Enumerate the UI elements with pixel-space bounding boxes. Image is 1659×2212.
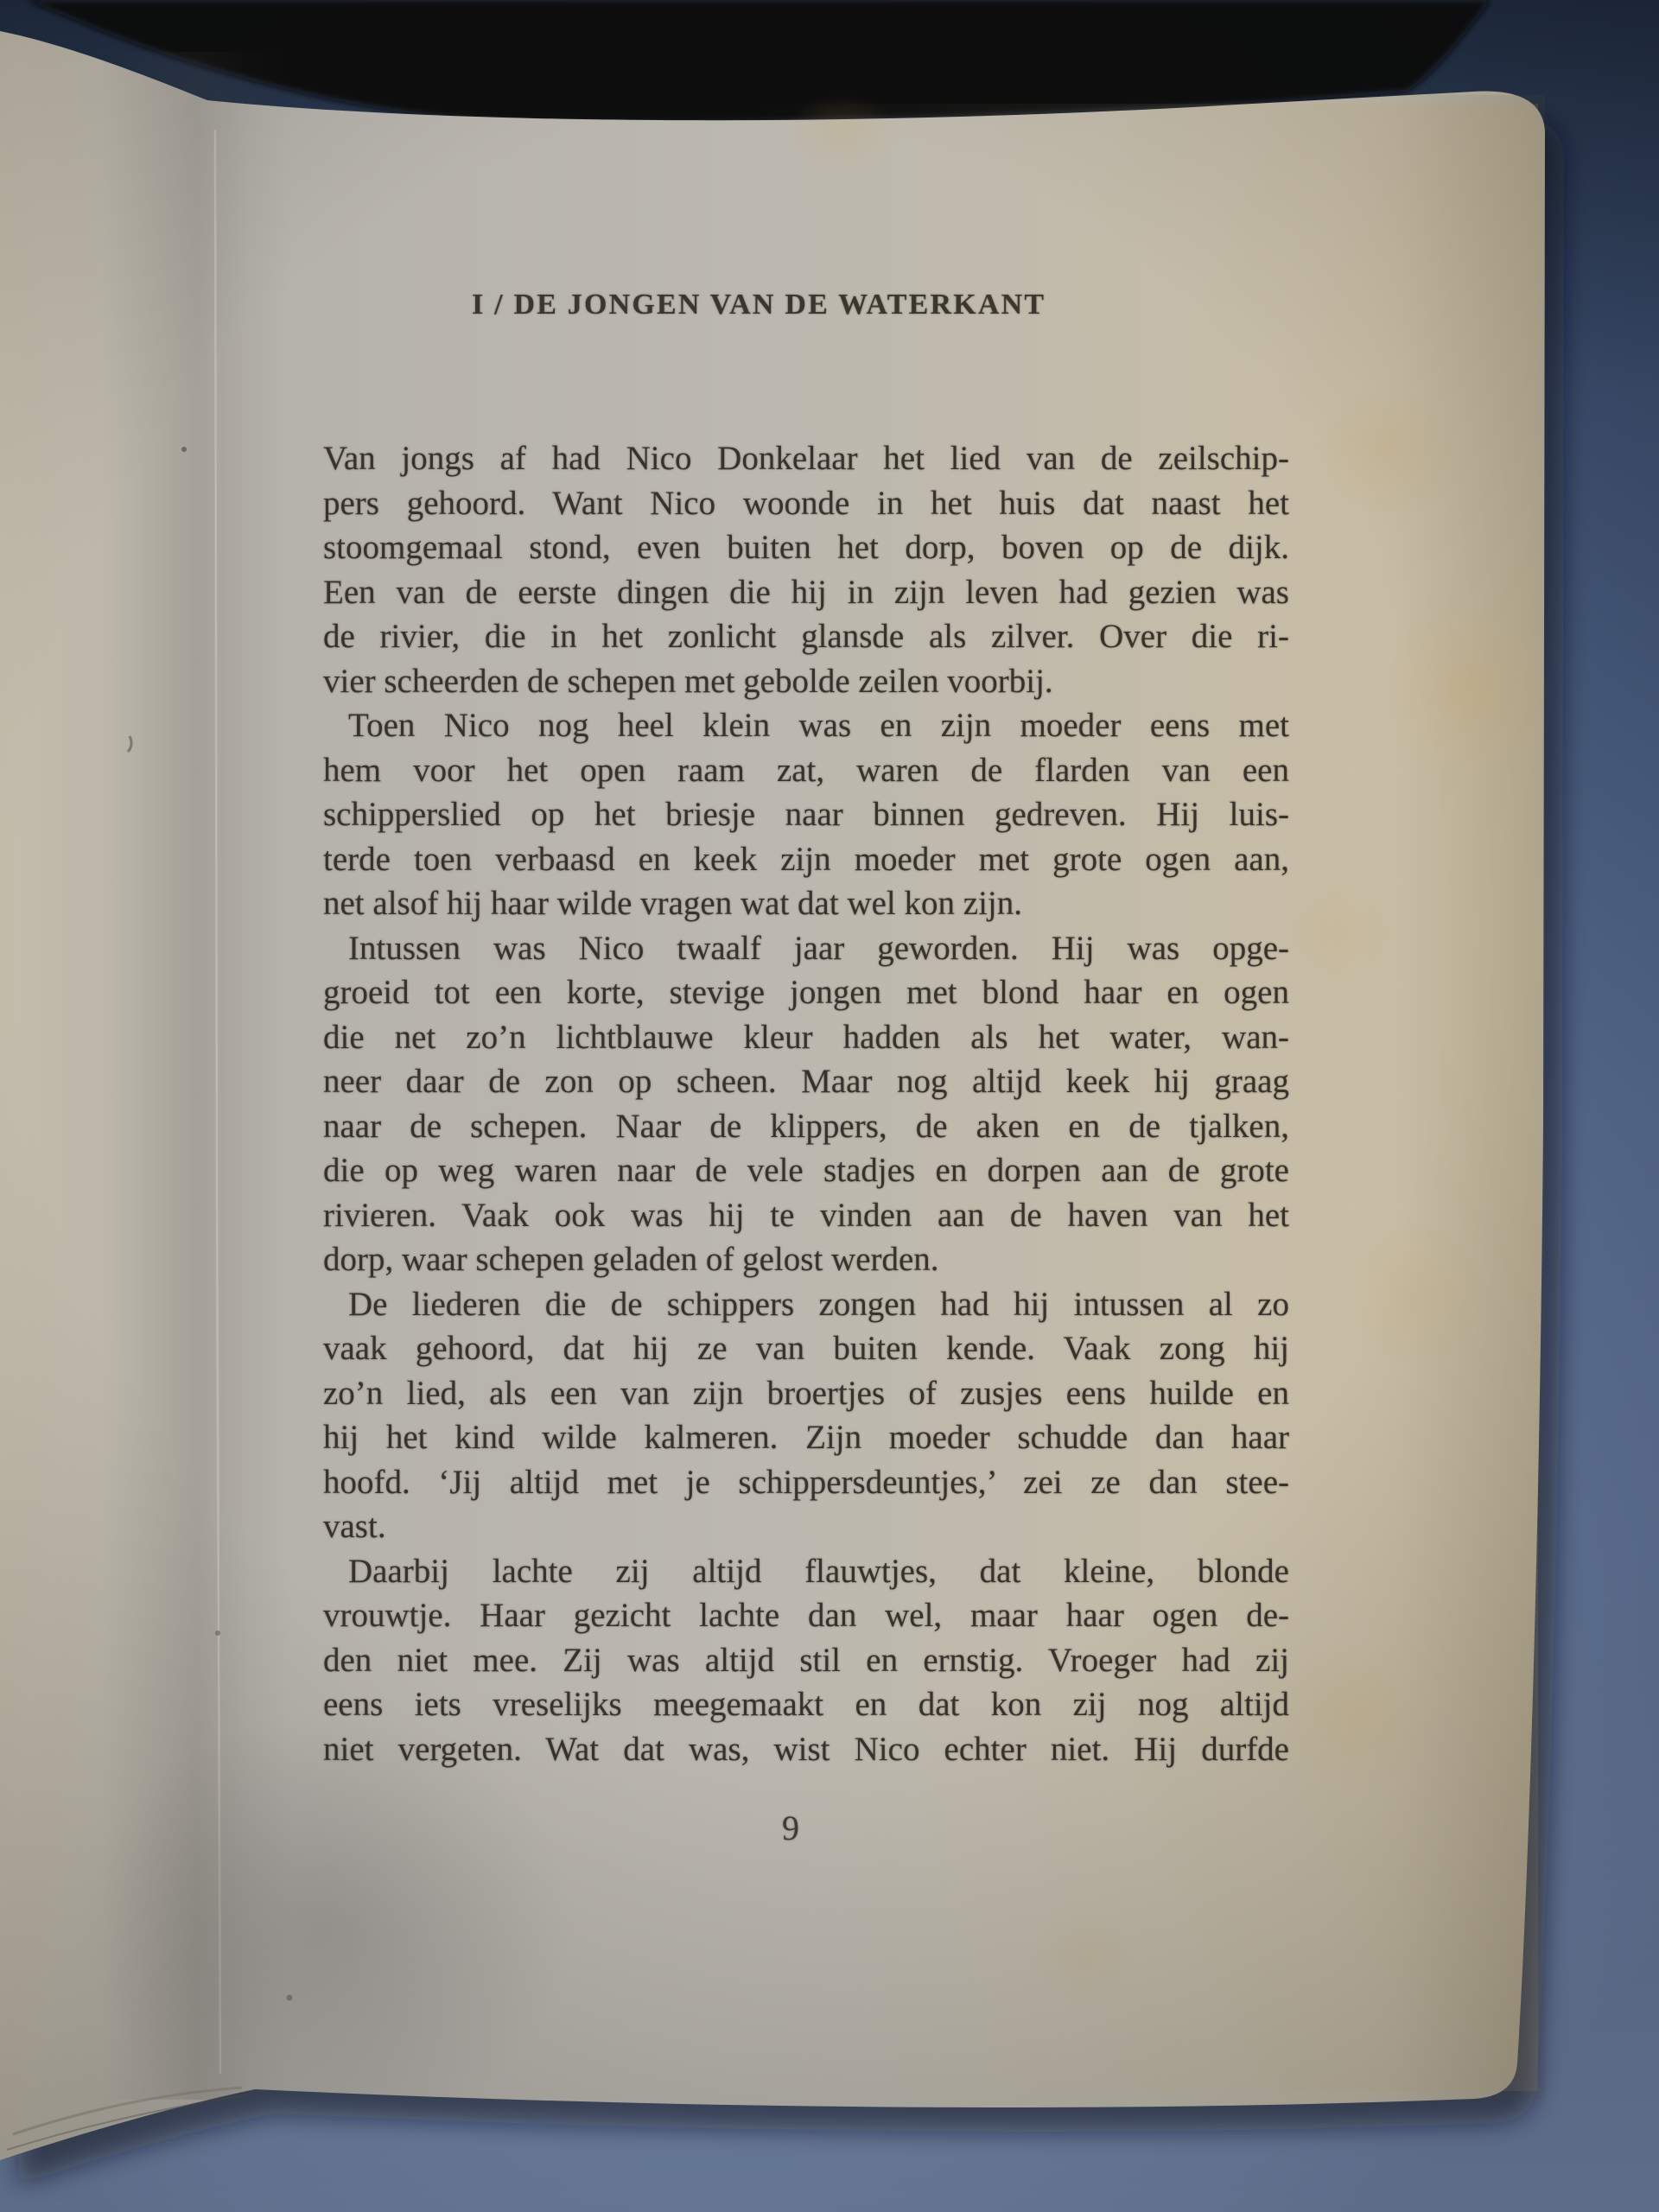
text-line: die op weg waren naar de vele stadjes en… [323,1148,1289,1193]
text-line: stoomgemaal stond, even buiten het dorp,… [323,525,1289,570]
text-line: die net zo’n lichtblauwe kleur hadden al… [323,1015,1289,1060]
text-line: zo’n lied, als een van zijn broertjes of… [323,1371,1289,1416]
text-line: den niet mee. Zij was altijd stil en ern… [323,1638,1289,1683]
text-line: terde toen verbaasd en keek zijn moeder … [323,837,1289,882]
text-line: Van jongs af had Nico Donkelaar het lied… [323,436,1289,481]
text-line: De liederen die de schippers zongen had … [323,1282,1289,1327]
book-page-photo: I / DE JONGEN VAN DE WATERKANT Van jongs… [0,0,1659,2212]
text-line: hoofd. ‘Jij altijd met je schippersdeunt… [323,1460,1289,1505]
text-line: schipperslied op het briesje naar binnen… [323,792,1289,837]
text-line: hij het kind wilde kalmeren. Zijn moeder… [323,1415,1289,1460]
text-line: naar de schepen. Naar de klippers, de ak… [323,1104,1289,1149]
text-line: Daarbij lachte zij altijd flauwtjes, dat… [323,1549,1289,1594]
text-line: niet vergeten. Wat dat was, wist Nico ec… [323,1727,1289,1772]
text-line: de rivier, die in het zonlicht glansde a… [323,614,1289,659]
chapter-heading: I / DE JONGEN VAN DE WATERKANT [472,289,1046,321]
text-line: groeid tot een korte, stevige jongen met… [323,970,1289,1015]
text-line: vier scheerden de schepen met gebolde ze… [323,659,1289,704]
text-line: eens iets vreselijks meegemaakt en dat k… [323,1682,1289,1727]
text-line: vrouwtje. Haar gezicht lachte dan wel, m… [323,1593,1289,1638]
page-number: 9 [743,1808,838,1848]
text-line: net alsof hij haar wilde vragen wat dat … [323,881,1289,926]
text-line: hem voor het open raam zat, waren de fla… [323,748,1289,793]
paper-speck [181,447,187,452]
gutter-shade [102,52,290,2100]
text-line: rivieren. Vaak ook was hij te vinden aan… [323,1193,1289,1238]
page-right-shade [1400,95,1545,2100]
text-line: Een van de eerste dingen die hij in zijn… [323,570,1289,615]
text-line: vast. [323,1504,1289,1549]
text-line: dorp, waar schepen geladen of gelost wer… [323,1237,1289,1282]
text-line: neer daar de zon op scheen. Maar nog alt… [323,1059,1289,1104]
body-text: Van jongs af had Nico Donkelaar het lied… [323,436,1289,1771]
paper-speck [287,1995,293,2001]
text-line: vaak gehoord, dat hij ze van buiten kend… [323,1326,1289,1371]
text-line: pers gehoord. Want Nico woonde in het hu… [323,481,1289,526]
text-line: Toen Nico nog heel klein was en zijn moe… [323,703,1289,748]
text-line: Intussen was Nico twaalf jaar geworden. … [323,926,1289,971]
paper-speck [215,1630,220,1636]
